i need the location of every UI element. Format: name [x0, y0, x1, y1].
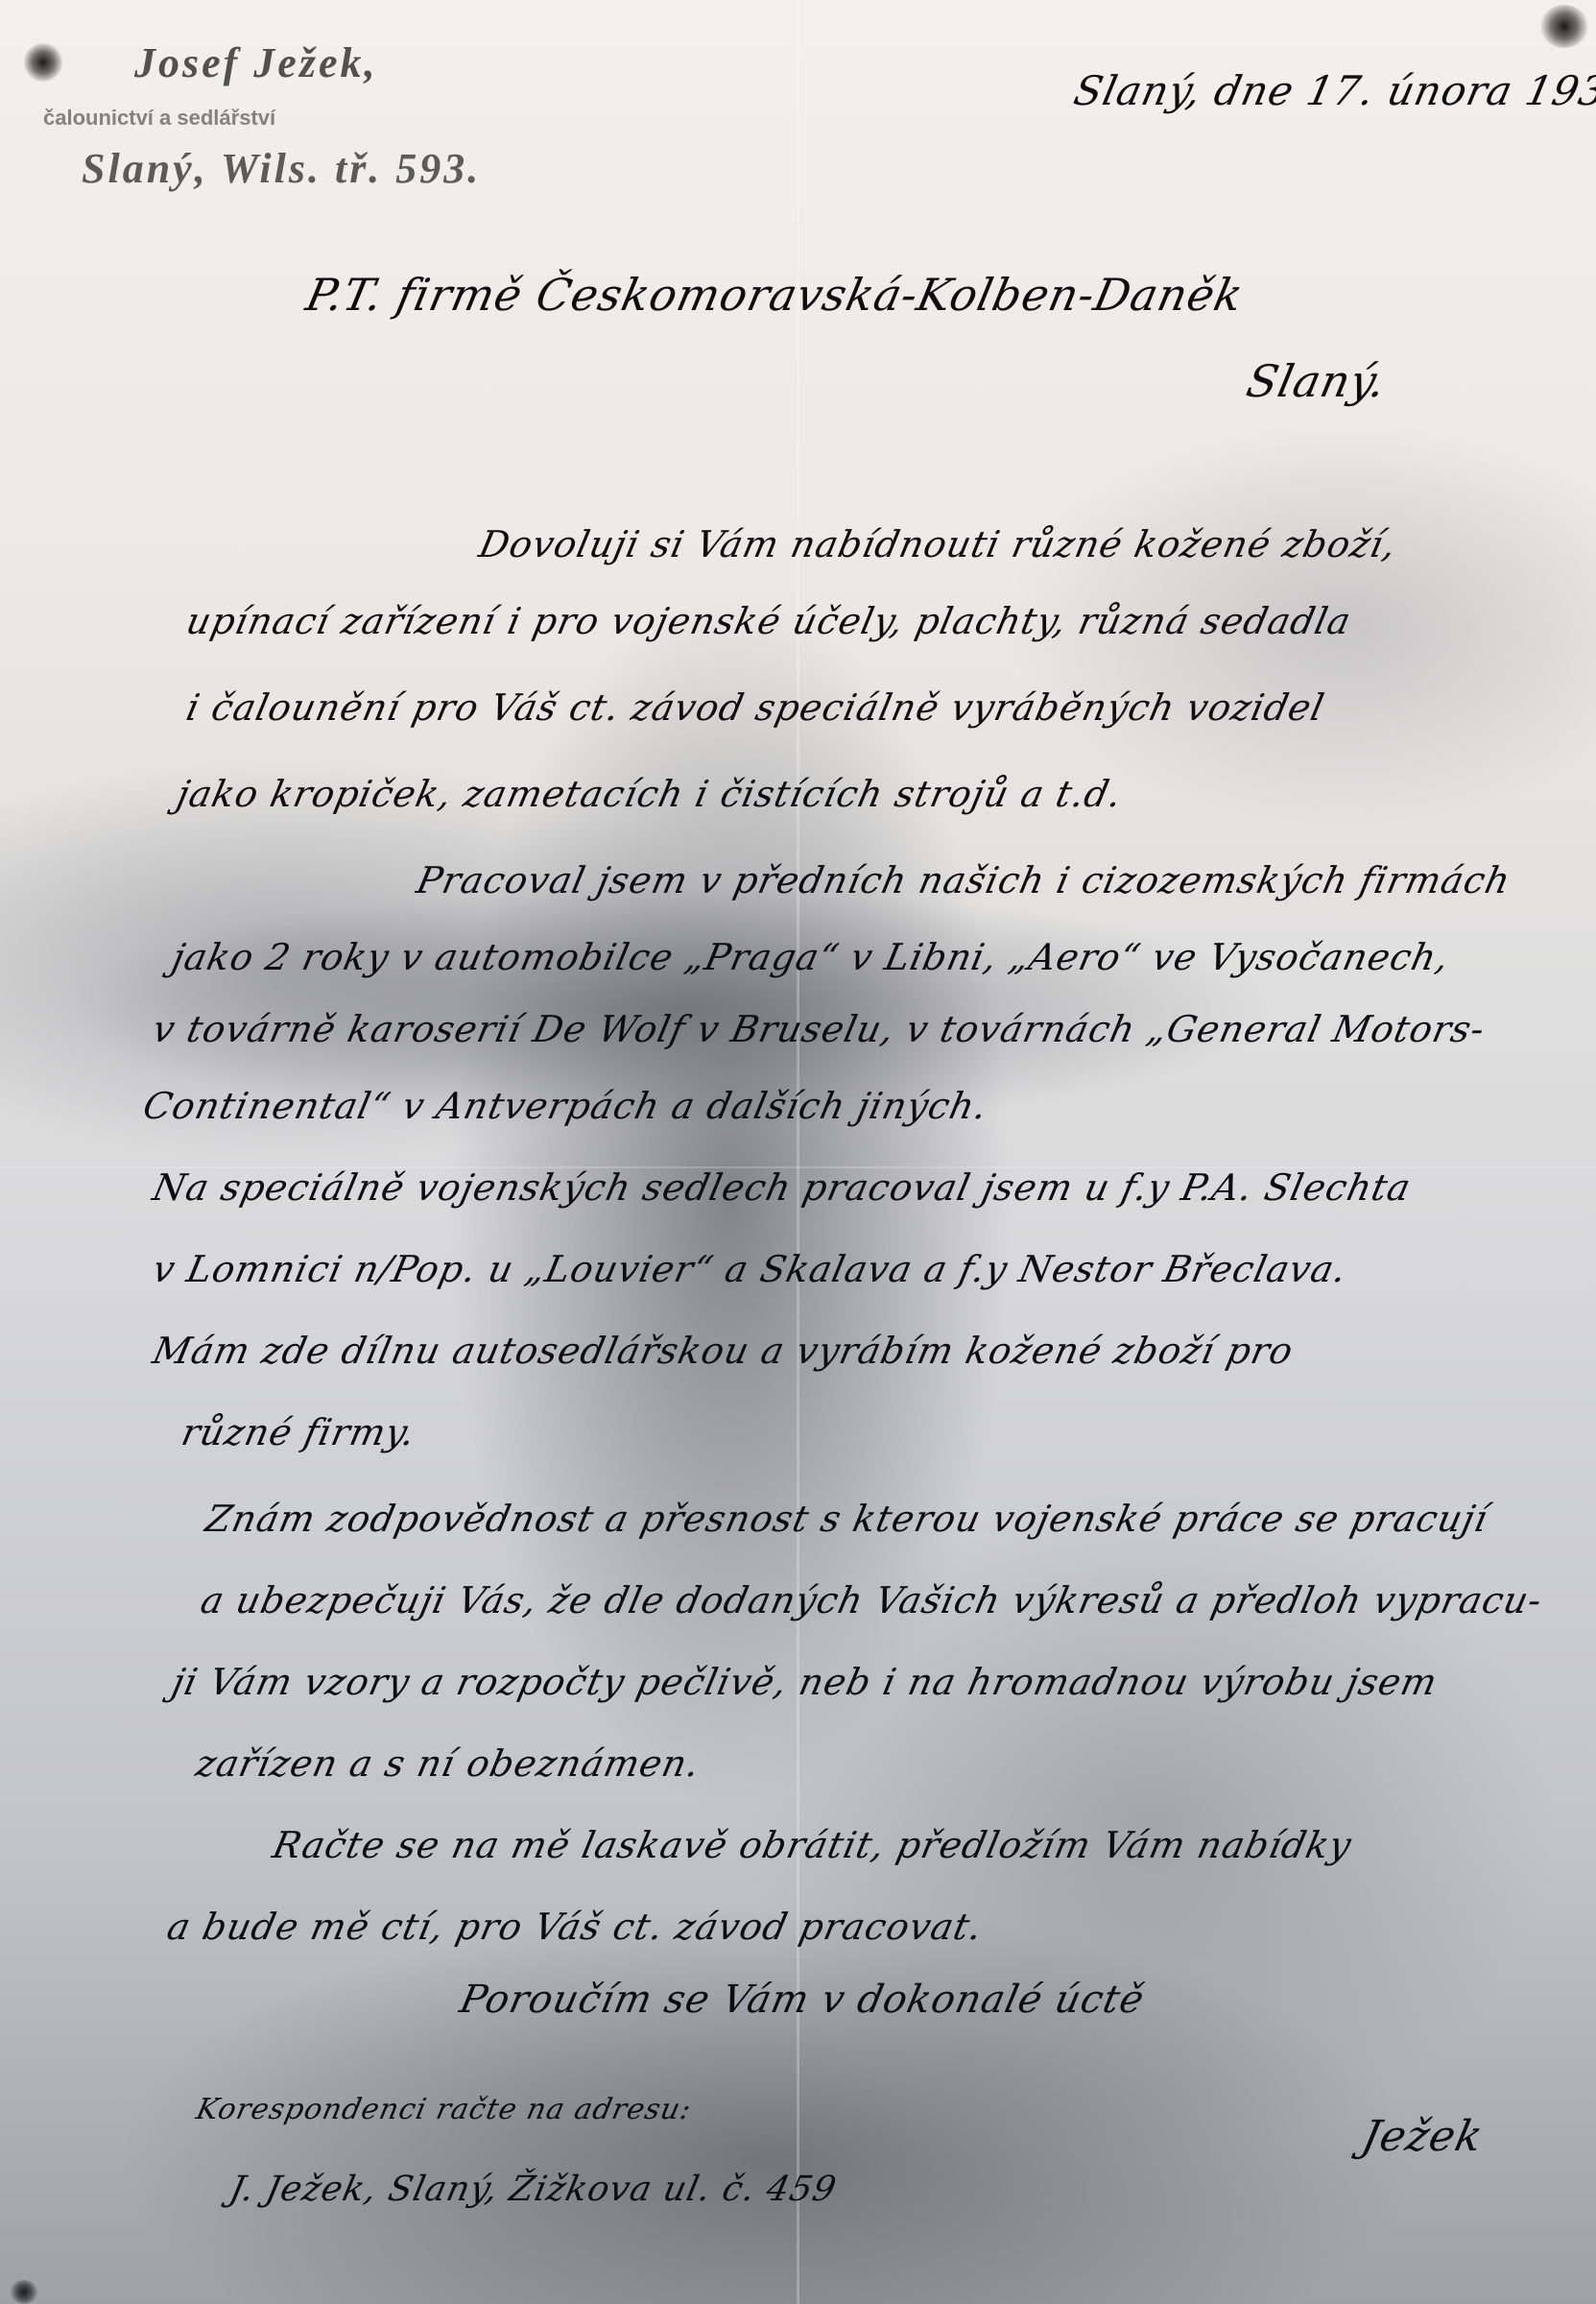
reply-address: J. Ježek, Slaný, Žižkova ul. č. 459 [226, 2170, 841, 2209]
body-line: Na speciálně vojenských sedlech pracoval… [149, 1166, 1415, 1209]
body-line: upínací zařízení i pro vojenské účely, p… [182, 600, 1355, 642]
body-line: jako kropiček, zametacích i čistících st… [173, 773, 1126, 815]
reply-address-label: Korespondenci račte na adresu: [193, 2093, 695, 2126]
body-line: zařízen a s ní obeznámen. [192, 1742, 703, 1785]
body-line: i čalounění pro Váš ct. závod speciálně … [182, 686, 1328, 729]
fold-line-vertical [797, 0, 799, 2304]
letterhead-name: Josef Ježek, [134, 38, 378, 87]
body-line: ji Vám vzory a rozpočty pečlivě, neb i n… [168, 1661, 1441, 1703]
closing-line: Poroučím se Vám v dokonalé úctě [456, 1978, 1149, 2022]
body-line: Dovoluji si Vám nabídnouti různé kožené … [475, 523, 1400, 565]
body-line: Znám zodpovědnost a přesnost s kterou vo… [202, 1498, 1491, 1540]
body-line: různé firmy. [178, 1411, 419, 1453]
date-line: Slaný, dne 17. února 1936. [1070, 67, 1596, 114]
recipient-city: Slaný. [1242, 355, 1391, 407]
letterhead-address: Slaný, Wils. tř. 593. [82, 144, 481, 193]
body-line: Račte se na mě laskavě obrátit, předloží… [269, 1824, 1355, 1866]
recipient-line: P.T. firmě Českomoravská-Kolben-Daněk [301, 269, 1248, 321]
body-line: a bude mě ctí, pro Váš ct. závod pracova… [163, 1906, 987, 1948]
body-line: a ubezpečuji Vás, že dle dodaných Vašich… [197, 1579, 1546, 1621]
body-line: jako 2 roky v automobilce „Praga“ v Libn… [168, 936, 1453, 978]
body-line: v továrně karoserií De Wolf v Bruselu, v… [149, 1008, 1489, 1050]
ink-spot [1540, 5, 1588, 48]
body-line: Pracoval jsem v předních našich i cizoze… [413, 859, 1514, 901]
body-line: v Lomnici n/Pop. u „Louvier“ a Skalava a… [149, 1248, 1350, 1290]
ink-spot [10, 2280, 38, 2304]
body-line: Continental“ v Antverpách a dalších jiný… [139, 1085, 991, 1127]
ink-spot [24, 43, 62, 82]
letterhead-trade: čalounictví a sedlářství [43, 106, 275, 131]
signature: Ježek [1358, 2112, 1488, 2161]
body-line: Mám zde dílnu autosedlářskou a vyrábím k… [149, 1330, 1298, 1372]
